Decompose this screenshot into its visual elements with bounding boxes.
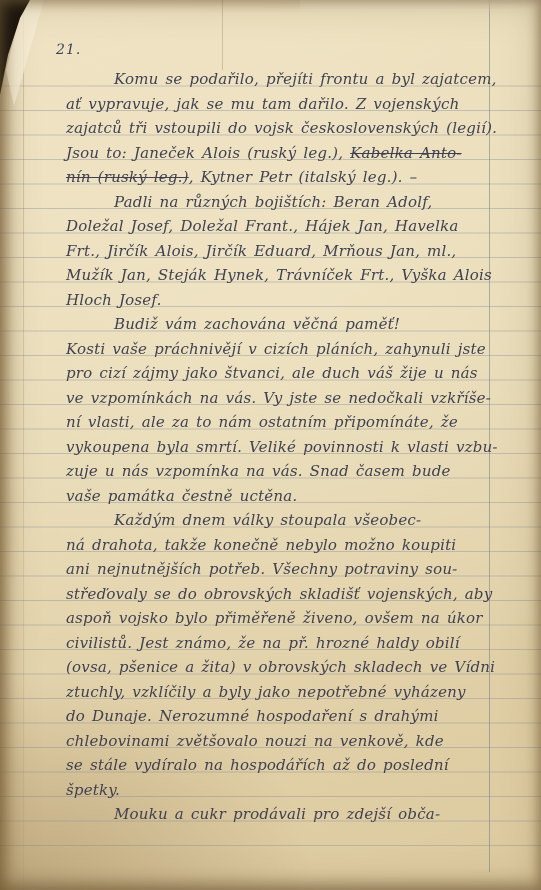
handwritten-text: ní vlasti, ale za to nám ostatním připom… [66,413,458,431]
handwritten-text: vykoupena byla smrtí. Veliké povinnosti … [66,438,498,456]
handwritten-text: do Dunaje. Nerozumné hospodaření s drahý… [66,707,439,725]
handwritten-line: (ovsa, pšenice a žita) v obrovských skla… [66,655,524,680]
handwritten-text: Mužík Jan, Steják Hynek, Trávníček Frt.,… [66,266,492,284]
handwritten-text: Komu se podařilo, přejíti frontu a byl z… [114,70,497,88]
handwritten-line: Každým dnem války stoupala všeobec- [66,508,524,533]
handwritten-text: Padli na různých bojištích: Beran Adolf, [114,193,432,211]
handwritten-line: ani nejnutnějších potřeb. Všechny potrav… [66,557,524,582]
handwritten-text: aspoň vojsko bylo přiměřeně živeno, ovše… [66,609,483,627]
handwritten-line: vykoupena byla smrtí. Veliké povinnosti … [66,435,524,460]
handwritten-text: (ovsa, pšenice a žita) v obrovských skla… [66,658,495,676]
handwritten-line: nín (ruský leg.), Kytner Petr (italský l… [66,165,524,190]
handwritten-text: Kosti vaše práchnivějí v cizích pláních,… [66,340,486,358]
handwritten-text: chlebovinami zvětšovalo nouzi na venkově… [66,732,444,750]
handwritten-text: vaše památka čestně uctěna. [66,487,297,505]
struck-text: Kabelka Anto- [350,144,461,162]
handwritten-line: civilistů. Jest známo, že na př. hrozné … [66,631,524,656]
handwritten-line: ní vlasti, ale za to nám ostatním připom… [66,410,524,435]
handwritten-line: pro cizí zájmy jako štvanci, ale duch vá… [66,361,524,386]
handwritten-line: ať vypravuje, jak se mu tam dařilo. Z vo… [66,92,524,117]
handwritten-text: ani nejnutnějších potřeb. Všechny potrav… [66,560,457,578]
left-page-edge [0,0,26,890]
handwritten-text: ná drahota, takže konečně nebylo možno k… [66,536,456,554]
handwritten-text: Hloch Josef. [66,291,162,309]
handwritten-text: zajatců tři vstoupili do vojsk českoslov… [66,119,497,137]
top-fold-highlight [300,0,541,14]
handwritten-text: Mouku a cukr prodávali pro zdejší obča- [114,805,440,823]
handwritten-line: Jsou to: Janeček Alois (ruský leg.), Kab… [66,141,524,166]
handwritten-text: zuje u nás vzpomínka na vás. Snad časem … [66,462,451,480]
top-crease [222,0,223,70]
handwritten-text: civilistů. Jest známo, že na př. hrozné … [66,634,460,652]
handwritten-text: pro cizí zájmy jako štvanci, ale duch vá… [66,364,478,382]
handwritten-line: Mouku a cukr prodávali pro zdejší obča- [66,802,524,827]
handwritten-text: ve vzpomínkách na vás. Vy jste se nedočk… [66,389,491,407]
handwritten-line: Frt., Jirčík Alois, Jirčík Eduard, Mrňou… [66,239,524,264]
handwritten-text: se stále vydíralo na hospodářích až do p… [66,756,449,774]
handwritten-text: Každým dnem války stoupala všeobec- [114,511,421,529]
handwritten-line: střeďovaly se do obrovských skladišť voj… [66,582,524,607]
handwritten-line: Padli na různých bojištích: Beran Adolf, [66,190,524,215]
handwritten-text: , Kytner Petr (italský leg.). – [189,168,418,186]
torn-corner [0,0,34,100]
handwritten-line: ztuchly, vzklíčily a byly jako nepotřebn… [66,680,524,705]
manuscript-text: Komu se podařilo, přejíti frontu a byl z… [66,67,524,827]
handwritten-line: zuje u nás vzpomínka na vás. Snad časem … [66,459,524,484]
handwritten-line: Komu se podařilo, přejíti frontu a byl z… [66,67,524,92]
torn-corner-highlight [0,0,44,110]
scanned-manuscript-page: 21. Komu se podařilo, přejíti frontu a b… [0,0,541,890]
handwritten-line: do Dunaje. Nerozumné hospodaření s drahý… [66,704,524,729]
handwritten-text: střeďovaly se do obrovských skladišť voj… [66,585,492,603]
handwritten-line: ná drahota, takže konečně nebylo možno k… [66,533,524,558]
struck-text: nín (ruský leg.) [66,168,189,186]
handwritten-text: špetky. [66,781,120,799]
handwritten-line: aspoň vojsko bylo přiměřeně živeno, ovše… [66,606,524,631]
binding-crease [23,0,24,890]
handwritten-text: Frt., Jirčík Alois, Jirčík Eduard, Mrňou… [66,242,456,260]
handwritten-line: Mužík Jan, Steják Hynek, Trávníček Frt.,… [66,263,524,288]
handwritten-text: ztuchly, vzklíčily a byly jako nepotřebn… [66,683,466,701]
handwritten-line: zajatců tři vstoupili do vojsk českoslov… [66,116,524,141]
handwritten-line: Budiž vám zachována věčná paměť! [66,312,524,337]
handwritten-line: Doležal Josef, Doležal Frant., Hájek Jan… [66,214,524,239]
handwritten-line: Kosti vaše práchnivějí v cizích pláních,… [66,337,524,362]
page-number: 21. [56,42,81,58]
handwritten-text: Budiž vám zachována věčná paměť! [114,315,400,333]
handwritten-line: ve vzpomínkách na vás. Vy jste se nedočk… [66,386,524,411]
handwritten-line: Hloch Josef. [66,288,524,313]
handwritten-line: špetky. [66,778,524,803]
handwritten-text: ať vypravuje, jak se mu tam dařilo. Z vo… [66,95,459,113]
handwritten-line: chlebovinami zvětšovalo nouzi na venkově… [66,729,524,754]
handwritten-line: vaše památka čestně uctěna. [66,484,524,509]
handwritten-line: se stále vydíralo na hospodářích až do p… [66,753,524,778]
handwritten-text: Jsou to: Janeček Alois (ruský leg.), [66,144,350,162]
handwritten-text: Doležal Josef, Doležal Frant., Hájek Jan… [66,217,459,235]
